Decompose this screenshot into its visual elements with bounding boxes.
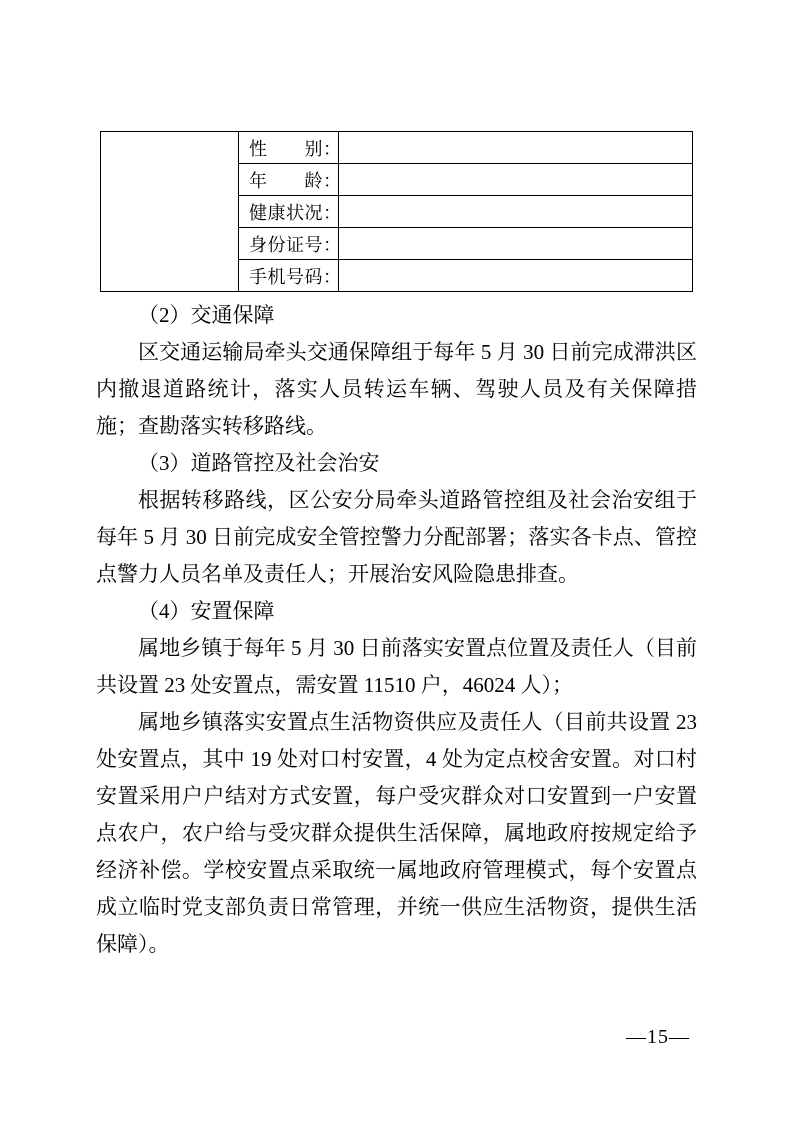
document-body: （2）交通保障 区交通运输局牵头交通保障组于每年 5 月 30 日前完成滞洪区内… <box>96 297 697 963</box>
table-value-phone <box>339 260 693 292</box>
section-heading-road-control: （3）道路管控及社会治安 <box>96 445 697 482</box>
paragraph-resettlement-supplies: 属地乡镇落实安置点生活物资供应及责任人（目前共设置 23 处安置点，其中 19 … <box>96 704 697 963</box>
section-heading-resettlement: （4）安置保障 <box>96 593 697 630</box>
table-label-gender: 性 别： <box>239 132 339 164</box>
table-value-gender <box>339 132 693 164</box>
table-label-phone: 手机号码： <box>239 260 339 292</box>
table-label-age: 年 龄： <box>239 164 339 196</box>
table-label-health: 健康状况： <box>239 196 339 228</box>
paragraph-road-control: 根据转移路线，区公安分局牵头道路管控组及社会治安组于每年 5 月 30 日前完成… <box>96 482 697 593</box>
page-number: —15— <box>550 1026 690 1049</box>
table-value-health <box>339 196 693 228</box>
table-value-id-number <box>339 228 693 260</box>
table-value-age <box>339 164 693 196</box>
section-heading-transport: （2）交通保障 <box>96 297 697 334</box>
table-row: 性 别： <box>101 132 693 164</box>
paragraph-transport: 区交通运输局牵头交通保障组于每年 5 月 30 日前完成滞洪区内撤退道路统计，落… <box>96 334 697 445</box>
table-label-id-number: 身份证号： <box>239 228 339 260</box>
personnel-form-table: 性 别： 年 龄： 健康状况： 身份证号： 手机号码： <box>100 131 693 292</box>
document-page: 性 别： 年 龄： 健康状况： 身份证号： 手机号码： （2）交通保障 区交 <box>0 0 793 1122</box>
table-cell-merged-empty <box>101 132 239 292</box>
paragraph-resettlement-sites: 属地乡镇于每年 5 月 30 日前落实安置点位置及责任人（目前共设置 23 处安… <box>96 630 697 704</box>
